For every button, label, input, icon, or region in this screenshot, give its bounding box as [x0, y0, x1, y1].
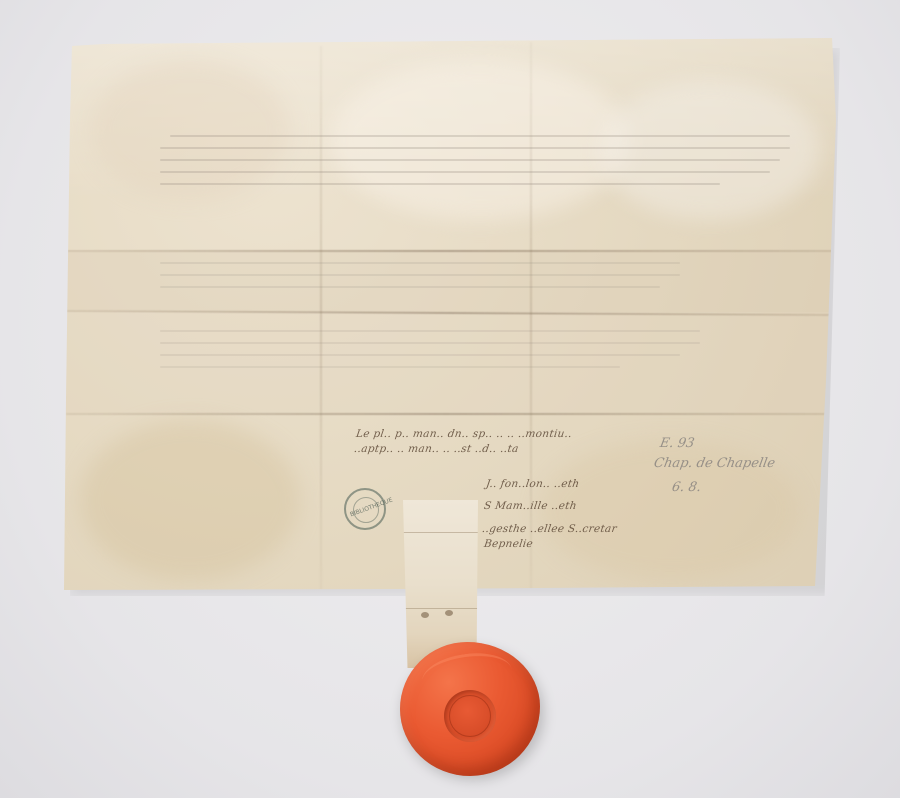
fold-line — [66, 413, 826, 415]
endorsement-line: ..aptp.. .. man.. .. ..st ..d.. ..ta — [353, 443, 519, 455]
archive-stamp: BIBLIOTHEQUE — [344, 488, 386, 530]
fold-line — [320, 46, 322, 590]
signature: ..gesthe ..ellee S..cretar — [481, 523, 617, 535]
signature: J.. fon..lon.. ..eth — [485, 478, 580, 490]
endorsement-line: Le pl.. p.. man.. dn.. sp.. .. .. ..mont… — [355, 428, 573, 440]
signature: S Mam..ille ..eth — [483, 500, 577, 512]
strap-hole — [421, 612, 429, 618]
wax-seal — [400, 642, 540, 776]
signature: Bepnelie — [483, 538, 534, 550]
fold-line — [66, 250, 836, 252]
archival-note: 6. 8. — [671, 480, 703, 495]
seal-impression-icon — [444, 690, 496, 742]
archival-note: Chap. de Chapelle — [653, 456, 777, 471]
strap-hole — [445, 610, 453, 616]
archival-note: E. 93 — [659, 436, 696, 451]
